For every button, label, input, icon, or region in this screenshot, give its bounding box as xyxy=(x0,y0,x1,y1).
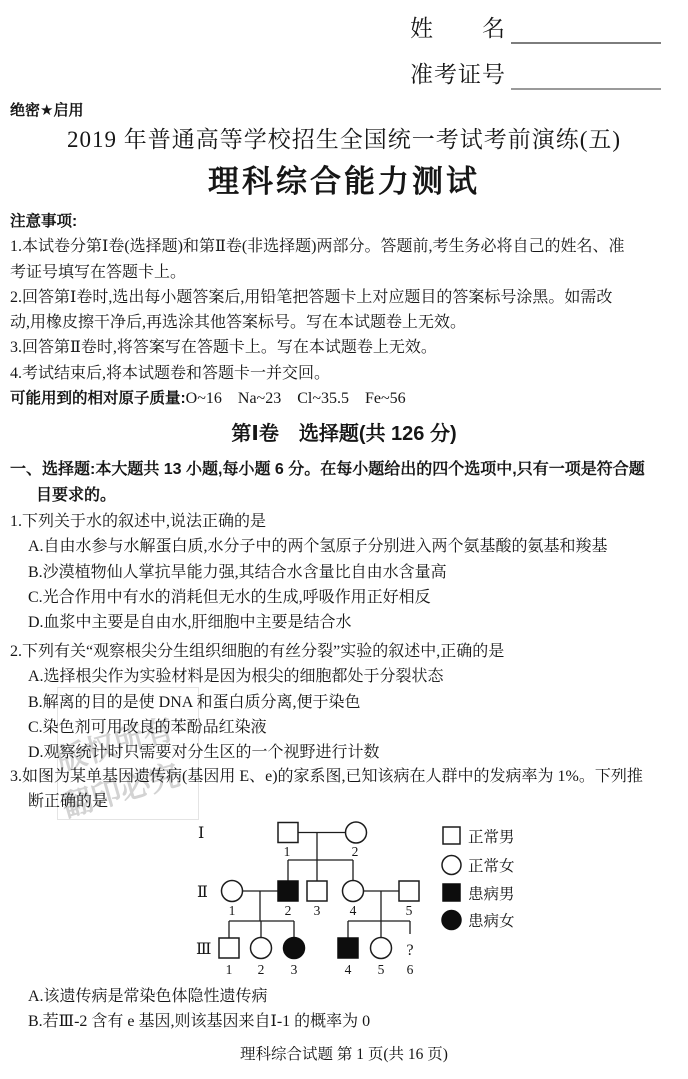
subject-title: 理科综合能力测试 xyxy=(0,156,688,201)
name-field-blank-line xyxy=(511,14,661,44)
pedigree-III-5-normal-female-circle xyxy=(371,938,392,959)
question-2-option-a: A.选择根尖作为实验材料是因为根尖的细胞都处于分裂状态 xyxy=(10,664,678,689)
pedigree-number-II-2: 2 xyxy=(285,903,292,918)
question-3-stem: 3.如图为某单基因遗传病(基因用 E、e)的家系图,已知该病在人群中的发病率为 … xyxy=(10,764,678,815)
question-1-option-b: B.沙漠植物仙人掌抗旱能力强,其结合水含量比自由水含量高 xyxy=(10,560,678,585)
pedigree-number-III-3: 3 xyxy=(291,962,298,977)
question-1-option-a: A.自由水参与水解蛋白质,水分子中的两个氢原子分别进入两个氨基酸的氨基和羧基 xyxy=(10,534,678,559)
question-3-stem-line-1: 3.如图为某单基因遗传病(基因用 E、e)的家系图,已知该病在人群中的发病率为 … xyxy=(10,764,678,789)
pedigree-number-I-1: 1 xyxy=(284,844,291,859)
notice-line-2-cont: 动,用橡皮擦干净后,再选涂其他答案标号。写在本试题卷上无效。 xyxy=(10,310,678,335)
notice-line-3: 3.回答第Ⅱ卷时,将答案写在答题卡上。写在本试题卷上无效。 xyxy=(10,335,678,360)
notice-block: 注意事项: 1.本试卷分第Ⅰ卷(选择题)和第Ⅱ卷(非选择题)两部分。答题前,考生… xyxy=(10,209,678,411)
pedigree-I-1-normal-male-square xyxy=(278,823,298,843)
atomic-mass-line: 可能用到的相对原子质量:O~16 Na~23 Cl~35.5 Fe~56 xyxy=(10,386,678,411)
question-2-option-d: D.观察统计时只需要对分生区的一个视野进行计数 xyxy=(10,740,678,765)
question-2-option-c: C.染色剂可用改良的苯酚品红染液 xyxy=(10,715,678,740)
pedigree-number-II-4: 4 xyxy=(350,903,357,918)
instruction-line-1: 一、选择题:本大题共 13 小题,每小题 6 分。在每小题给出的四个选项中,只有… xyxy=(10,457,678,483)
pedigree-number-III-2: 2 xyxy=(258,962,265,977)
pedigree-number-III-6: 6 xyxy=(407,962,414,977)
question-3-stem-line-2: 断正确的是 xyxy=(10,789,678,814)
pedigree-II-5-normal-male-square xyxy=(399,881,419,901)
pedigree-number-II-3: 3 xyxy=(314,903,321,918)
pedigree-number-II-5: 5 xyxy=(406,903,413,918)
question-2: 2.下列有关“观察根尖分生组织细胞的有丝分裂”实验的叙述中,正确的是 A.选择根… xyxy=(10,639,678,765)
secrecy-marking: 绝密★启用 xyxy=(10,99,83,120)
question-3-options: A.该遗传病是常染色体隐性遗传病 B.若Ⅲ-2 含有 e 基因,则该基因来自Ⅰ-… xyxy=(10,984,678,1035)
pedigree-III-2-normal-female-circle xyxy=(251,938,272,959)
pedigree-III-3-affected-female-circle xyxy=(284,938,305,959)
pedigree-I-2-normal-female-circle xyxy=(346,822,367,843)
pedigree-III-1-normal-male-square xyxy=(219,938,239,958)
pedigree-II-2-affected-male-square xyxy=(278,881,298,901)
legend-normal-female-label: 正常女 xyxy=(468,857,515,875)
pedigree-II-1-normal-female-circle xyxy=(222,881,243,902)
notice-heading: 注意事项: xyxy=(10,209,678,234)
instruction-line-2: 目要求的。 xyxy=(10,483,678,509)
legend-normal-male-icon xyxy=(443,827,460,844)
notice-line-1-cont: 考证号填写在答题卡上。 xyxy=(10,260,678,285)
pedigree-diagram: ? Ⅰ Ⅱ Ⅲ 1 2 1 2 3 4 5 1 2 3 4 5 6 正常男 正常… xyxy=(190,814,530,984)
atomic-mass-label: 可能用到的相对原子质量: xyxy=(10,390,186,407)
atomic-mass-values: O~16 Na~23 Cl~35.5 Fe~56 xyxy=(186,390,406,407)
question-2-stem: 2.下列有关“观察根尖分生组织细胞的有丝分裂”实验的叙述中,正确的是 xyxy=(10,639,678,664)
pedigree-generation-label-1: Ⅰ xyxy=(198,825,204,842)
pedigree-number-III-1: 1 xyxy=(226,962,233,977)
pedigree-number-I-2: 2 xyxy=(352,844,359,859)
pedigree-II-4-normal-female-circle xyxy=(343,881,364,902)
name-field-label: 姓 名 xyxy=(410,15,506,44)
admission-number-blank-line xyxy=(511,60,661,90)
legend-affected-male-label: 患病男 xyxy=(468,885,515,903)
page-footer: 理科综合试题 第 1 页(共 16 页) xyxy=(0,1042,688,1064)
pedigree-generation-label-3: Ⅲ xyxy=(196,941,211,958)
admission-number-label: 准考证号 xyxy=(410,61,506,90)
section-1-instruction: 一、选择题:本大题共 13 小题,每小题 6 分。在每小题给出的四个选项中,只有… xyxy=(10,457,678,508)
legend-affected-female-icon xyxy=(442,911,461,930)
question-3-option-b: B.若Ⅲ-2 含有 e 基因,则该基因来自Ⅰ-1 的概率为 0 xyxy=(10,1009,678,1034)
legend-normal-female-icon xyxy=(442,856,461,875)
pedigree-III-4-affected-male-square xyxy=(338,938,358,958)
legend-affected-male-icon xyxy=(443,884,460,901)
question-1-option-c: C.光合作用中有水的消耗但无水的生成,呼吸作用正好相反 xyxy=(10,585,678,610)
name-field-row: 姓 名 xyxy=(410,14,661,44)
section-1-heading: 第Ⅰ卷 选择题(共 126 分) xyxy=(0,417,688,446)
pedigree-number-II-1: 1 xyxy=(229,903,236,918)
pedigree-generation-label-2: Ⅱ xyxy=(197,884,208,901)
notice-line-1: 1.本试卷分第Ⅰ卷(选择题)和第Ⅱ卷(非选择题)两部分。答题前,考生务必将自己的… xyxy=(10,234,678,259)
pedigree-number-III-4: 4 xyxy=(345,962,352,977)
question-2-option-b: B.解离的目的是使 DNA 和蛋白质分离,便于染色 xyxy=(10,690,678,715)
admission-number-field-row: 准考证号 xyxy=(410,60,661,90)
exam-session-title: 2019 年普通高等学校招生全国统一考试考前演练(五) xyxy=(0,121,688,154)
question-1: 1.下列关于水的叙述中,说法正确的是 A.自由水参与水解蛋白质,水分子中的两个氢… xyxy=(10,509,678,635)
exam-paper-page: 姓 名 准考证号 绝密★启用 2019 年普通高等学校招生全国统一考试考前演练(… xyxy=(0,0,688,1079)
pedigree-III-6-unknown-mark: ? xyxy=(406,942,413,959)
pedigree-svg: ? Ⅰ Ⅱ Ⅲ 1 2 1 2 3 4 5 1 2 3 4 5 6 正常男 正常… xyxy=(190,814,530,984)
question-3-option-a: A.该遗传病是常染色体隐性遗传病 xyxy=(10,984,678,1009)
notice-line-2: 2.回答第Ⅰ卷时,选出每小题答案后,用铅笔把答题卡上对应题目的答案标号涂黑。如需… xyxy=(10,285,678,310)
legend-affected-female-label: 患病女 xyxy=(468,912,515,930)
pedigree-number-III-5: 5 xyxy=(378,962,385,977)
question-1-stem: 1.下列关于水的叙述中,说法正确的是 xyxy=(10,509,678,534)
question-1-option-d: D.血浆中主要是自由水,肝细胞中主要是结合水 xyxy=(10,610,678,635)
pedigree-II-3-normal-male-square xyxy=(307,881,327,901)
notice-line-4: 4.考试结束后,将本试题卷和答题卡一并交回。 xyxy=(10,361,678,386)
legend-normal-male-label: 正常男 xyxy=(468,828,515,846)
